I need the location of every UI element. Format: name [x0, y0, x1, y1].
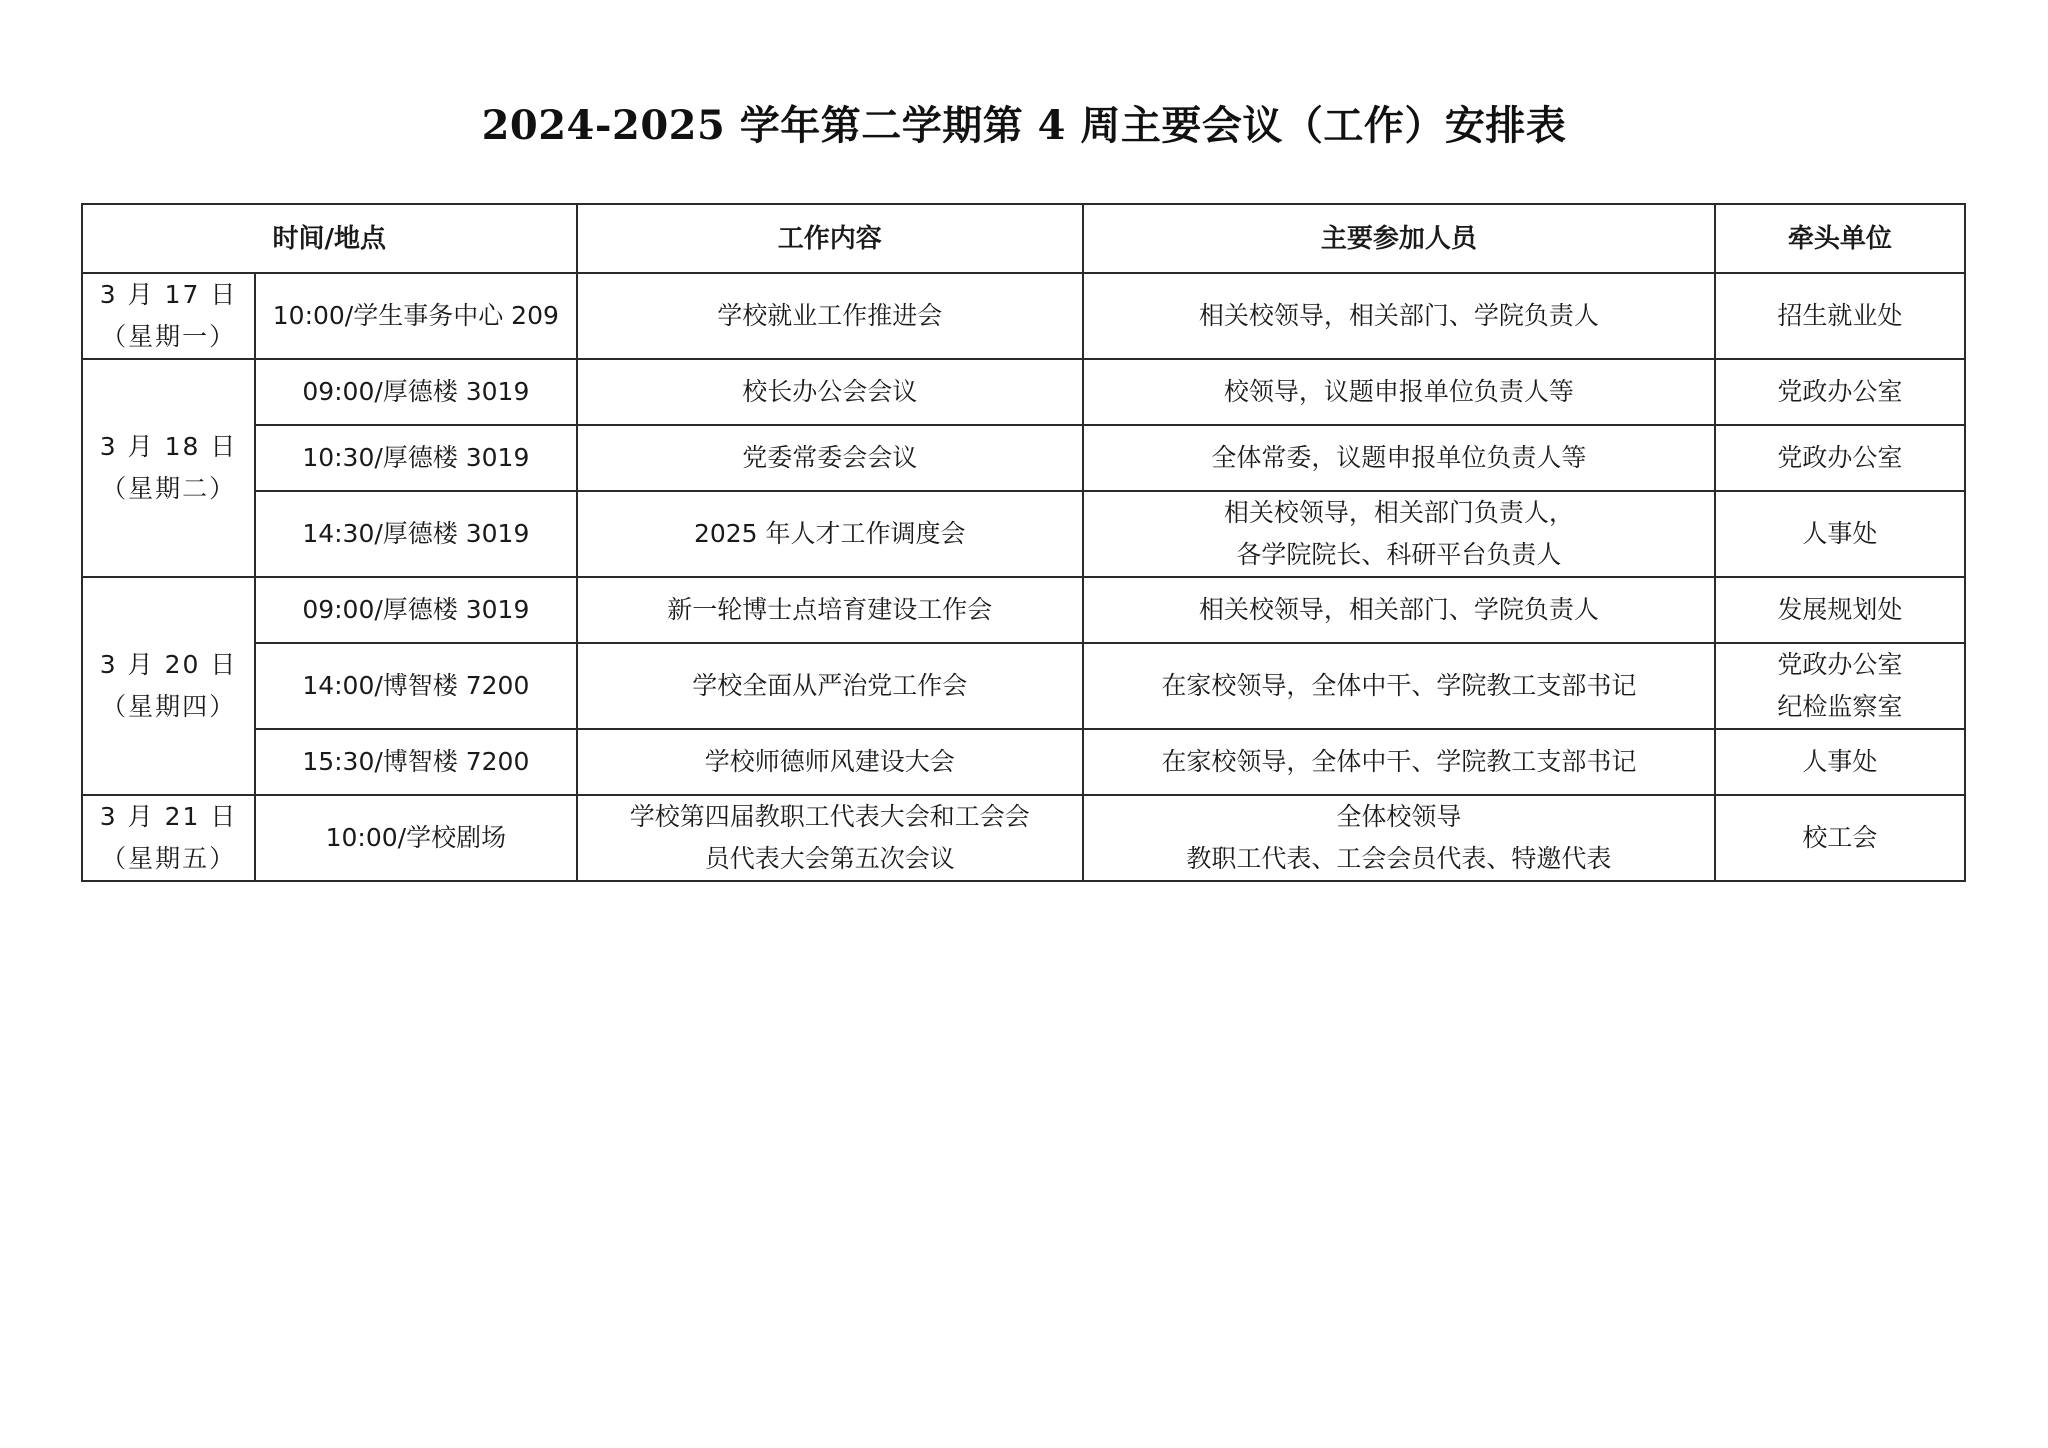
date-label: 3 月 17 日: [89, 274, 248, 316]
lead-unit-line: 人事处: [1722, 513, 1958, 555]
participants-cell: 在家校领导，全体中干、学院教工支部书记: [1083, 729, 1715, 795]
content-cell: 学校就业工作推进会: [577, 273, 1084, 359]
lead-unit-cell: 人事处: [1715, 729, 1965, 795]
time-location-cell: 09:00/厚德楼 3019: [255, 577, 576, 643]
lead-unit-line: 党政办公室: [1722, 644, 1958, 686]
content-line: 学校全面从严治党工作会: [584, 665, 1077, 707]
header-content: 工作内容: [577, 204, 1084, 273]
content-line: 党委常委会会议: [584, 437, 1077, 479]
date-label: 3 月 18 日: [89, 426, 248, 468]
lead-unit-line: 人事处: [1722, 741, 1958, 783]
date-cell: 3 月 20 日 （星期四）: [82, 577, 255, 795]
content-cell: 新一轮博士点培育建设工作会: [577, 577, 1084, 643]
participants-cell: 相关校领导，相关部门、学院负责人: [1083, 577, 1715, 643]
table-row: 10:30/厚德楼 3019 党委常委会会议 全体常委，议题申报单位负责人等 党…: [82, 425, 1965, 491]
lead-unit-cell: 校工会: [1715, 795, 1965, 881]
date-cell: 3 月 21 日 （星期五）: [82, 795, 255, 881]
weekday-label: （星期一）: [89, 316, 248, 358]
content-line: 新一轮博士点培育建设工作会: [584, 589, 1077, 631]
meeting-schedule-table: 时间/地点 工作内容 主要参加人员 牵头单位 3 月 17 日 （星期一） 10…: [81, 203, 1966, 882]
participants-line: 在家校领导，全体中干、学院教工支部书记: [1090, 665, 1708, 707]
content-line: 学校第四届教职工代表大会和工会会: [584, 796, 1077, 838]
lead-unit-cell: 党政办公室 纪检监察室: [1715, 643, 1965, 729]
lead-unit-line: 招生就业处: [1722, 295, 1958, 337]
time-location-cell: 10:00/学校剧场: [255, 795, 576, 881]
lead-unit-cell: 党政办公室: [1715, 359, 1965, 425]
table-row: 3 月 21 日 （星期五） 10:00/学校剧场 学校第四届教职工代表大会和工…: [82, 795, 1965, 881]
participants-line: 全体常委，议题申报单位负责人等: [1090, 437, 1708, 479]
date-label: 3 月 20 日: [89, 644, 248, 686]
date-cell: 3 月 18 日 （星期二）: [82, 359, 255, 577]
weekday-label: （星期五）: [89, 838, 248, 880]
date-cell: 3 月 17 日 （星期一）: [82, 273, 255, 359]
table-row: 3 月 17 日 （星期一） 10:00/学生事务中心 209 学校就业工作推进…: [82, 273, 1965, 359]
time-location-cell: 10:30/厚德楼 3019: [255, 425, 576, 491]
content-line: 学校师德师风建设大会: [584, 741, 1077, 783]
header-time-location: 时间/地点: [82, 204, 577, 273]
table-row: 14:00/博智楼 7200 学校全面从严治党工作会 在家校领导，全体中干、学院…: [82, 643, 1965, 729]
content-cell: 学校师德师风建设大会: [577, 729, 1084, 795]
participants-cell: 全体常委，议题申报单位负责人等: [1083, 425, 1715, 491]
time-location-cell: 15:30/博智楼 7200: [255, 729, 576, 795]
participants-cell: 相关校领导，相关部门、学院负责人: [1083, 273, 1715, 359]
content-line: 学校就业工作推进会: [584, 295, 1077, 337]
content-line: 校长办公会会议: [584, 371, 1077, 413]
table-row: 14:30/厚德楼 3019 2025 年人才工作调度会 相关校领导，相关部门负…: [82, 491, 1965, 577]
time-location-cell: 10:00/学生事务中心 209: [255, 273, 576, 359]
time-location-cell: 09:00/厚德楼 3019: [255, 359, 576, 425]
time-location-cell: 14:30/厚德楼 3019: [255, 491, 576, 577]
table-row: 3 月 18 日 （星期二） 09:00/厚德楼 3019 校长办公会会议 校领…: [82, 359, 1965, 425]
lead-unit-line: 校工会: [1722, 817, 1958, 859]
content-cell: 校长办公会会议: [577, 359, 1084, 425]
table-header-row: 时间/地点 工作内容 主要参加人员 牵头单位: [82, 204, 1965, 273]
lead-unit-line: 纪检监察室: [1722, 686, 1958, 728]
lead-unit-cell: 党政办公室: [1715, 425, 1965, 491]
participants-line: 相关校领导，相关部门、学院负责人: [1090, 589, 1708, 631]
weekday-label: （星期二）: [89, 468, 248, 510]
table-row: 15:30/博智楼 7200 学校师德师风建设大会 在家校领导，全体中干、学院教…: [82, 729, 1965, 795]
lead-unit-line: 党政办公室: [1722, 371, 1958, 413]
participants-line: 相关校领导，相关部门负责人，: [1090, 492, 1708, 534]
content-cell: 党委常委会会议: [577, 425, 1084, 491]
header-participants: 主要参加人员: [1083, 204, 1715, 273]
time-location-cell: 14:00/博智楼 7200: [255, 643, 576, 729]
content-line: 员代表大会第五次会议: [584, 838, 1077, 880]
participants-cell: 相关校领导，相关部门负责人， 各学院院长、科研平台负责人: [1083, 491, 1715, 577]
lead-unit-line: 党政办公室: [1722, 437, 1958, 479]
participants-line: 校领导，议题申报单位负责人等: [1090, 371, 1708, 413]
date-label: 3 月 21 日: [89, 796, 248, 838]
participants-line: 各学院院长、科研平台负责人: [1090, 534, 1708, 576]
content-cell: 学校第四届教职工代表大会和工会会 员代表大会第五次会议: [577, 795, 1084, 881]
participants-line: 全体校领导: [1090, 796, 1708, 838]
lead-unit-line: 发展规划处: [1722, 589, 1958, 631]
lead-unit-cell: 招生就业处: [1715, 273, 1965, 359]
participants-line: 教职工代表、工会会员代表、特邀代表: [1090, 838, 1708, 880]
page-title: 2024-2025 学年第二学期第 4 周主要会议（工作）安排表: [0, 96, 2048, 156]
participants-cell: 在家校领导，全体中干、学院教工支部书记: [1083, 643, 1715, 729]
lead-unit-cell: 人事处: [1715, 491, 1965, 577]
weekday-label: （星期四）: [89, 686, 248, 728]
content-cell: 2025 年人才工作调度会: [577, 491, 1084, 577]
participants-line: 相关校领导，相关部门、学院负责人: [1090, 295, 1708, 337]
content-cell: 学校全面从严治党工作会: [577, 643, 1084, 729]
table-row: 3 月 20 日 （星期四） 09:00/厚德楼 3019 新一轮博士点培育建设…: [82, 577, 1965, 643]
lead-unit-cell: 发展规划处: [1715, 577, 1965, 643]
participants-line: 在家校领导，全体中干、学院教工支部书记: [1090, 741, 1708, 783]
participants-cell: 全体校领导 教职工代表、工会会员代表、特邀代表: [1083, 795, 1715, 881]
content-line: 2025 年人才工作调度会: [584, 513, 1077, 555]
participants-cell: 校领导，议题申报单位负责人等: [1083, 359, 1715, 425]
header-lead-unit: 牵头单位: [1715, 204, 1965, 273]
